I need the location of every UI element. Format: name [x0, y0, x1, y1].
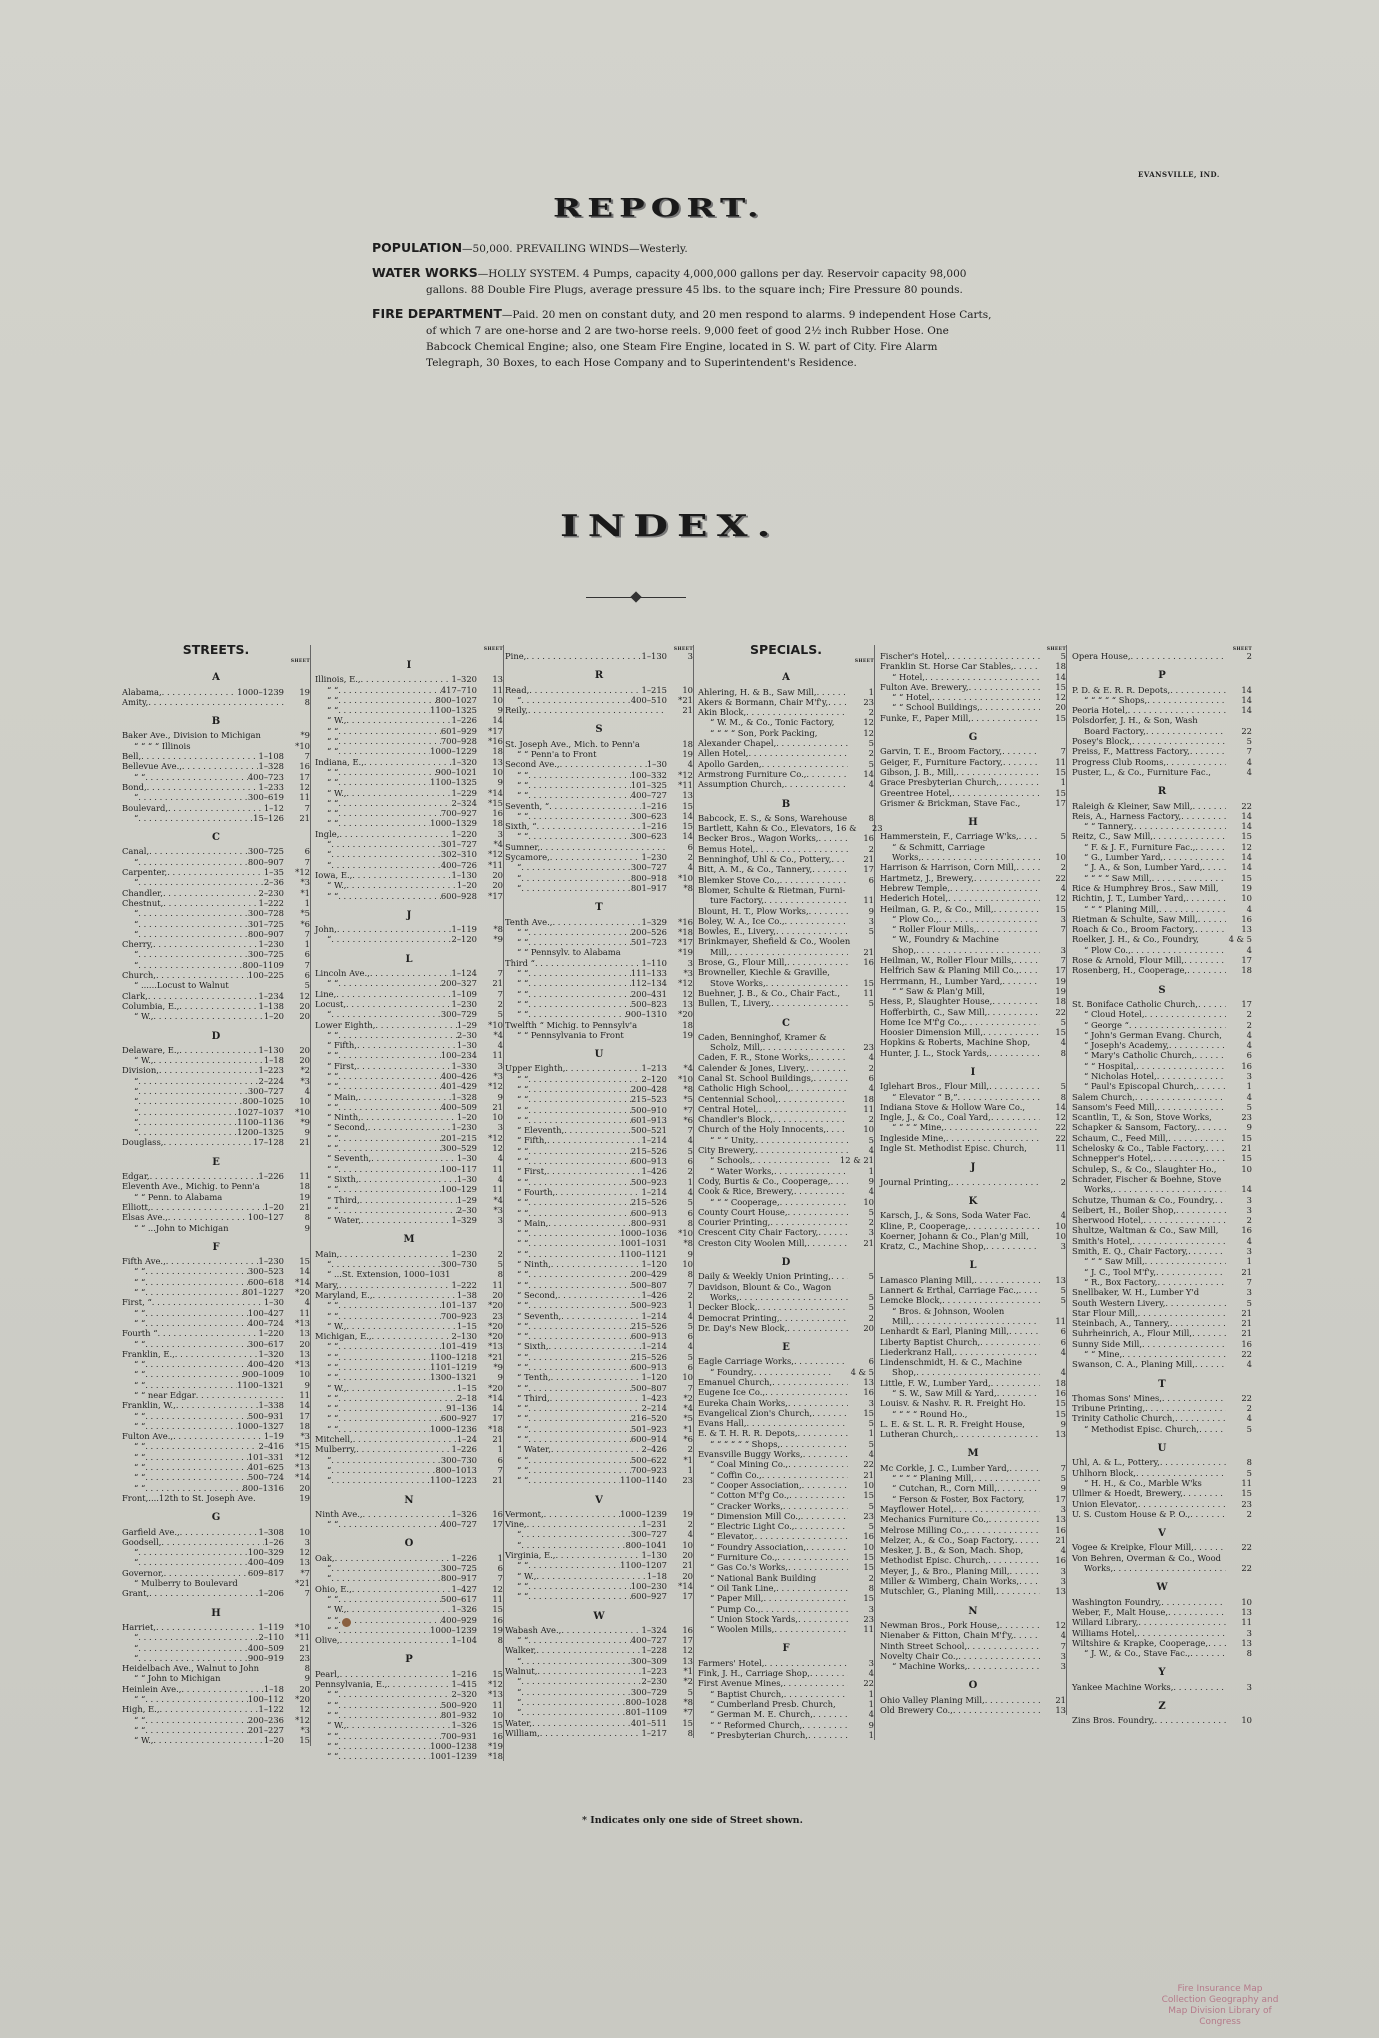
sheet-number: 5: [848, 1418, 874, 1428]
address-range: 101–331: [248, 1452, 284, 1462]
leader-dots: [528, 1115, 631, 1125]
index-entry: Koerner, Johann & Co., Plan'g Mill,10: [880, 1231, 1066, 1241]
address-range: 1–214: [641, 1187, 667, 1197]
sheet-number: *7: [667, 1707, 693, 1717]
entry-name: Mary,: [315, 1280, 339, 1290]
index-entry: “ Third,1–423*2: [505, 1393, 693, 1403]
index-entry: “ Foundry Association,10: [698, 1542, 874, 1552]
sheet-number: 13: [1040, 1275, 1066, 1285]
entry-name: Blomer, Schulte & Rietman, Furni-: [698, 885, 845, 895]
leader-dots: [360, 1195, 457, 1205]
sheet-number: 23: [848, 697, 874, 707]
index-entry: Harrison & Harrison, Corn Mill,2: [880, 862, 1066, 872]
sheet-number: 8: [1040, 1092, 1066, 1102]
leader-dots: [528, 927, 631, 937]
index-entry: Lamasco Planing Mill,13: [880, 1275, 1066, 1285]
index-entry: Garvin, T. E., Broom Factory,7: [880, 746, 1066, 756]
entry-name: “: [505, 862, 521, 872]
index-entry: Democrat Printing,2: [698, 1313, 874, 1323]
entry-name: “ “ “ “ Saw Mill,: [1072, 873, 1152, 883]
leader-dots: [739, 1292, 848, 1302]
index-entry: Delaware, E.,1–13020: [122, 1045, 310, 1055]
index-entry: “ “400–72317: [122, 772, 310, 782]
sheet-number: 10: [848, 1124, 874, 1134]
sheet-number: *19: [667, 947, 693, 957]
leader-dots: [1195, 924, 1226, 934]
entry-name: Sansom's Feed Mill,: [1072, 1102, 1157, 1112]
index-entry: Seventh, “1–21615: [505, 801, 693, 811]
leader-dots: [1155, 1715, 1227, 1725]
leader-dots: [338, 695, 435, 705]
entry-name: Wiltshire & Krapke, Cooperage,: [1072, 1638, 1208, 1648]
entry-name: “ Baptist Church,: [698, 1689, 784, 1699]
sheet-number: 19: [284, 687, 310, 697]
leader-dots: [331, 934, 451, 944]
sheet-number: 15: [477, 1720, 503, 1730]
index-entry: “ Furniture Co.,15: [698, 1552, 874, 1562]
address-range: 1–35: [264, 867, 284, 877]
sheet-number: 13: [1040, 1514, 1066, 1524]
entry-name: Uhl, A. & L., Pottery,: [1072, 1457, 1160, 1467]
entry-name: “: [505, 695, 521, 705]
address-range: 101–137: [441, 1300, 477, 1310]
leader-dots: [810, 1668, 848, 1678]
entry-name: “ “: [505, 1403, 528, 1413]
entry-name: “ “: [122, 772, 145, 782]
leader-dots: [346, 999, 451, 1009]
sheet-number: 3: [848, 916, 874, 926]
leader-dots: [138, 960, 242, 970]
sheet-number: 15: [667, 821, 693, 831]
sheet-number: 14: [284, 1266, 310, 1276]
entry-name: Melrose Milling Co.,: [880, 1525, 967, 1535]
leader-dots: [331, 1455, 441, 1465]
sheet-number: 20: [848, 1323, 874, 1333]
sheet-number: 14: [848, 769, 874, 779]
sheet-number: 11: [1040, 1143, 1066, 1153]
address-range: 1–18: [264, 1684, 284, 1694]
address-range: 501–923: [631, 1424, 667, 1434]
leader-dots: [828, 697, 848, 707]
index-title: INDEX.: [560, 508, 779, 543]
sheet-number: *8: [667, 1238, 693, 1248]
entry-name: “ “: [122, 1694, 145, 1704]
entry-name: “: [505, 1656, 521, 1666]
index-entry: Sumner,6: [505, 842, 693, 852]
leader-dots: [521, 1697, 625, 1707]
entry-name: Twelfth “ Michig. to Pennsylv'a: [505, 1020, 637, 1030]
index-entry: “ “91–13614: [315, 1403, 503, 1413]
index-entry: Bowles, E., Livery,5: [698, 926, 874, 936]
leader-dots: [528, 1321, 631, 1331]
entry-name: Yankee Machine Works,: [1072, 1682, 1173, 1692]
sheet-number: 12: [284, 991, 310, 1001]
entry-name: Lincoln Ave.,: [315, 968, 370, 978]
address-range: 1–231: [641, 1519, 667, 1529]
sheet-number: 7: [1226, 746, 1252, 756]
sheet-number: 21: [477, 1475, 503, 1485]
sheet-number: 13: [1040, 1429, 1066, 1439]
sheet-number: 3: [848, 1604, 874, 1614]
entry-name: “: [122, 877, 138, 887]
index-entry: “ “300–52314: [122, 1266, 310, 1276]
entry-name: Ahlering, H. & B., Saw Mill,: [698, 687, 817, 697]
sheet-number: 10: [848, 1480, 874, 1490]
index-entry: “1027–1037*10: [122, 1107, 310, 1117]
address-range: 300–725: [248, 846, 284, 856]
entry-name: Armstrong Furniture Co.,: [698, 769, 806, 779]
index-entry: Grismer & Brickman, Stave Fac.,17: [880, 798, 1066, 808]
address-range: 91–136: [446, 1403, 477, 1413]
entry-name: “ Mary's Catholic Church,: [1072, 1050, 1194, 1060]
leader-dots: [361, 1215, 452, 1225]
entry-name: Rose & Arnold, Flour Mill,: [1072, 955, 1184, 965]
entry-name: “ Dimension Mill Co.,: [698, 1511, 801, 1521]
leader-dots: [794, 1521, 848, 1531]
index-entry: “ Union Stock Yards,23: [698, 1614, 874, 1624]
address-range: 1000–1239: [237, 687, 284, 697]
entry-name: “ “: [122, 1380, 145, 1390]
specials-column-1: SPECIALS. SHEET AAhlering, H. & B., Saw …: [698, 645, 875, 1740]
leader-dots: [1003, 757, 1040, 767]
entry-name: Swanson, C. A., Planing Mill,: [1072, 1359, 1195, 1369]
leader-dots: [766, 978, 848, 988]
leader-dots: [528, 1300, 631, 1310]
sheet-number: 6: [667, 1156, 693, 1166]
sheet-number: 14: [477, 1403, 503, 1413]
index-entry: “ “215–5265: [505, 1352, 693, 1362]
address-range: 300–725: [248, 949, 284, 959]
leader-dots: [521, 1656, 631, 1666]
index-entry: “ Elevator “ B,”8: [880, 1092, 1066, 1102]
leader-dots: [801, 1511, 848, 1521]
index-entry: Ingleside Mine,22: [880, 1133, 1066, 1143]
leader-dots: [789, 1490, 848, 1500]
entry-name: “ “: [315, 1424, 338, 1434]
address-range: 1–233: [258, 782, 284, 792]
sheet-number: 4: [1226, 767, 1252, 777]
entry-name: Vogee & Kreipke, Flour Mill,: [1072, 1542, 1194, 1552]
entry-name: “ Fourth,: [505, 1187, 555, 1197]
sheet-number: 10: [1226, 893, 1252, 903]
entry-name: “ “: [122, 1359, 145, 1369]
entry-name: Fourth “: [122, 1328, 158, 1338]
sheet-number: 3: [848, 1227, 874, 1237]
index-entry: “ “600–9136: [505, 1362, 693, 1372]
sheet-number: 11: [848, 988, 874, 998]
address-range: 1–234: [258, 991, 284, 1001]
sheet-number: 4: [1040, 1367, 1066, 1377]
index-entry: Fink, J. H., Carriage Shop,4: [698, 1668, 874, 1678]
entry-name: “ “: [315, 1393, 338, 1403]
index-entry: “ Fifth,1–2144: [505, 1135, 693, 1145]
sheet-number: 3: [1226, 1287, 1252, 1297]
leader-dots: [549, 801, 641, 811]
entry-name: “ “ Pennsylv. to Alabama: [505, 947, 621, 957]
entry-name: Locust,: [315, 999, 346, 1009]
index-entry: “ Electric Light Co.,5: [698, 1521, 874, 1531]
leader-dots: [145, 1287, 242, 1297]
entry-name: “ “: [505, 1560, 528, 1570]
leader-dots: [1190, 1648, 1226, 1658]
address-range: 1–216: [641, 801, 667, 811]
leader-dots: [521, 1676, 641, 1686]
entry-name: Mutschler, G., Planing Mill,: [880, 1586, 996, 1596]
entry-name: Bowles, E., Livery,: [698, 926, 776, 936]
index-entry: Swanson, C. A., Planing Mill,4: [1072, 1359, 1252, 1369]
sheet-number: 13: [667, 790, 693, 800]
sheet-number: 12: [848, 728, 874, 738]
index-entry: Columbia, E.,1–13820: [122, 1001, 310, 1011]
entry-name: Hunter, J. L., Stock Yards,: [880, 1048, 989, 1058]
sheet-number: 4: [667, 1135, 693, 1145]
address-range: 801–1227: [243, 1287, 285, 1297]
index-entry: Alabama,1000–123919: [122, 687, 310, 697]
leader-dots: [1215, 1195, 1226, 1205]
sheet-number: 5: [1040, 1285, 1066, 1295]
entry-name: “ Machine Works,: [880, 1661, 967, 1671]
leader-dots: [168, 803, 264, 813]
address-range: 1–38: [457, 1290, 477, 1300]
entry-name: Rietman & Schulte, Saw Mill,: [1072, 914, 1198, 924]
index-entry: “ “801–1227*20: [122, 1287, 310, 1297]
sheet-number: 5: [1040, 651, 1066, 661]
sheet-number: *1: [667, 1424, 693, 1434]
index-entry: “ “215–523*5: [505, 1094, 693, 1104]
sheet-number: 6: [1226, 1050, 1252, 1060]
index-entry: Baker Ave., Division to Michigan*9: [122, 730, 310, 740]
fire-department-text: —Paid. 20 men on constant duty, and 20 m…: [426, 309, 991, 369]
sheet-number: 4: [1226, 1359, 1252, 1369]
index-entry: Star Flour Mill,21: [1072, 1308, 1252, 1318]
index-entry: “ Seventh,1–304: [315, 1153, 503, 1163]
index-entry: “ “2–18*14: [315, 1393, 503, 1403]
sheet-number: *4: [477, 839, 503, 849]
index-entry: Farmers' Hotel,3: [698, 1658, 874, 1668]
entry-name: “ “: [505, 1591, 528, 1601]
index-entry: “ “700–92323: [315, 1311, 503, 1321]
sheet-number: 21: [1226, 1308, 1252, 1318]
sheet-number: *16: [477, 736, 503, 746]
index-entry: “ “600–9136: [505, 1208, 693, 1218]
sheet-number: 21: [1040, 1695, 1066, 1705]
sheet-number: 4: [667, 759, 693, 769]
index-entry: Benninghof, Uhl & Co., Pottery,21: [698, 854, 874, 864]
index-entry: “ “500–8077: [505, 1280, 693, 1290]
entry-name: “ Ninth,: [315, 1112, 361, 1122]
leader-dots: [338, 798, 451, 808]
sheet-number: *10: [284, 1622, 310, 1632]
index-entry: “ Third,1–29*4: [315, 1195, 503, 1205]
index-entry: “400–50921: [122, 1643, 310, 1653]
leader-dots: [370, 968, 452, 978]
leader-dots: [528, 1269, 631, 1279]
address-range: 900–1021: [436, 767, 478, 777]
leader-dots: [338, 1164, 441, 1174]
leader-dots: [521, 695, 631, 705]
entry-name: “ Union Stock Yards,: [698, 1614, 798, 1624]
leader-dots: [338, 1352, 430, 1362]
leader-dots: [338, 1205, 457, 1215]
entry-name: Allen Hotel,: [698, 748, 748, 758]
address-range: 500–617: [441, 1594, 477, 1604]
index-entry: Home Ice M'f'g Co.,5: [880, 1017, 1066, 1027]
sheet-number: 5: [284, 980, 310, 990]
leader-dots: [1173, 1682, 1226, 1692]
sheet-number: 7: [667, 1125, 693, 1135]
sheet-number: 13: [1226, 1607, 1252, 1617]
entry-name: “ “: [505, 1156, 528, 1166]
index-entry: “ “801–93210: [315, 1710, 503, 1720]
leader-dots: [1002, 746, 1040, 756]
address-range: 17–128: [253, 1137, 284, 1147]
index-entry: Heidelbach Ave., Walnut to John8: [122, 1663, 310, 1673]
leader-dots: [331, 1259, 441, 1269]
entry-name: “ “: [315, 1311, 338, 1321]
leader-dots: [373, 1290, 457, 1300]
address-range: 1100–1136: [237, 1117, 284, 1127]
leader-dots: [540, 1728, 642, 1738]
index-entry: “ Machine Works,3: [880, 1661, 1066, 1671]
leader-dots: [528, 1280, 631, 1290]
sheet-number: 2: [667, 1444, 693, 1454]
index-entry: “ W., Foundry & Machine: [880, 934, 1066, 944]
index-entry: Armstrong Furniture Co.,14: [698, 769, 874, 779]
address-range: 300–730: [441, 1455, 477, 1465]
entry-name: “ Third,: [315, 1195, 360, 1205]
index-entry: Creston City Woolen Mill,21: [698, 1238, 874, 1248]
index-entry: Davidson, Blount & Co., Wagon: [698, 1282, 874, 1292]
entry-name: Star Flour Mill,: [1072, 1308, 1138, 1318]
sheet-number: 11: [284, 1171, 310, 1181]
leader-dots: [764, 1658, 848, 1668]
index-entry: Cody, Burtis & Co., Cooperage,9: [698, 1176, 874, 1186]
address-range: 1100–1325: [430, 777, 477, 787]
leader-dots: [1176, 1205, 1226, 1215]
entry-name: “ Paul's Episcopal Church,: [1072, 1081, 1196, 1091]
index-entry: “ Water Works,1: [698, 1166, 874, 1176]
address-range: 1100–1223: [430, 1475, 477, 1485]
entry-name: “ “: [315, 1184, 338, 1194]
entry-name: “ “: [505, 1105, 528, 1115]
address-range: 601–929: [441, 726, 477, 736]
index-entry: “ “100–11711: [315, 1164, 503, 1174]
leader-dots: [175, 1349, 259, 1359]
sheet-number: 15: [1040, 1398, 1066, 1408]
sheet-number: 3: [848, 1658, 874, 1668]
entry-name: Crescent City Chair Factory,: [698, 1227, 818, 1237]
sheet-number: 3: [667, 958, 693, 968]
entry-name: “ Seventh,: [505, 1311, 561, 1321]
sheet-number: 4: [1226, 1092, 1252, 1102]
entry-name: “ “ “ “ Planing Mill,: [880, 1473, 974, 1483]
index-entry: “2–120*9: [315, 934, 503, 944]
index-entry: Franklin, E.,1–32013: [122, 1349, 310, 1359]
leader-dots: [528, 770, 631, 780]
leader-dots: [1145, 1403, 1226, 1413]
index-entry: “ “215–5265: [505, 1321, 693, 1331]
leader-dots: [1145, 1256, 1226, 1266]
entry-name: “ “: [505, 1581, 528, 1591]
leader-dots: [808, 1730, 848, 1740]
entry-name: Union Elevator,: [1072, 1499, 1138, 1509]
sheet-number: *12: [667, 978, 693, 988]
sheet-number: 3: [1226, 1682, 1252, 1692]
address-range: 2–120: [641, 1074, 667, 1084]
index-entry: “ W.,1–15*20: [315, 1383, 503, 1393]
entry-name: “ “: [315, 1594, 338, 1604]
leader-dots: [784, 1689, 848, 1699]
index-entry: Weber, F., Malt House,13: [1072, 1607, 1252, 1617]
index-entry: Pine,1–1303: [505, 651, 693, 661]
sheet-number: [1040, 934, 1066, 944]
entry-name: “ “ “ Planing Mill,: [1072, 904, 1159, 914]
entry-name: “ “: [505, 770, 528, 780]
leader-dots: [988, 1555, 1040, 1565]
index-entry: “ Water,2–4262: [505, 1444, 693, 1454]
sheet-number: 19: [284, 1192, 310, 1202]
entry-name: Von Behren, Overman & Co., Wood: [1072, 1553, 1221, 1563]
leader-dots: [1168, 1607, 1226, 1617]
address-range: 1–329: [451, 1215, 477, 1225]
entry-name: “ “: [315, 1689, 338, 1699]
entry-name: “ “: [315, 1731, 338, 1741]
sheet-number: 18: [848, 1094, 874, 1104]
address-range: 1–326: [451, 1720, 477, 1730]
address-range: 1–30: [457, 1040, 477, 1050]
entry-name: Boulevard,: [122, 803, 168, 813]
leader-dots: [1138, 1617, 1226, 1627]
sheet-number: 16: [477, 1509, 503, 1519]
sheet-number: 9: [284, 1223, 310, 1233]
leader-dots: [528, 1228, 620, 1238]
sheet-number: 2: [848, 1573, 874, 1583]
leader-dots: [338, 1372, 430, 1382]
entry-name: “: [315, 839, 331, 849]
index-entry: “ Pump Co.,3: [698, 1604, 874, 1614]
address-range: 1–228: [641, 1645, 667, 1655]
entry-name: “: [122, 919, 138, 929]
entry-name: High, E.,: [122, 1704, 160, 1714]
address-range: 500–807: [631, 1280, 667, 1290]
leader-dots: [1019, 831, 1040, 841]
index-entry: Buehner, J. B., & Co., Chair Fact.,11: [698, 988, 874, 998]
entry-name: Hederich Hotel,: [880, 893, 948, 903]
entry-name: “: [505, 873, 521, 883]
sheet-number: 15: [848, 1408, 874, 1418]
sheet-number: 3: [477, 1215, 503, 1225]
entry-name: Franklin, W.,: [122, 1400, 176, 1410]
entry-name: Rosenberg, H., Cooperage,: [1072, 965, 1187, 975]
address-range: 1–119: [258, 1622, 284, 1632]
index-entry: “ Water,1–3293: [315, 1215, 503, 1225]
leader-dots: [528, 1424, 631, 1434]
leader-dots: [528, 1465, 631, 1475]
leader-dots: [163, 1137, 253, 1147]
index-entry: Works,14: [1072, 1184, 1252, 1194]
index-entry: Rietman & Schulte, Saw Mill,16: [1072, 914, 1252, 924]
entry-name: Lemcke Block,: [880, 1295, 942, 1305]
sheet-number: 14: [667, 811, 693, 821]
sheet-number: 11: [477, 1594, 503, 1604]
index-entry: Works,5: [698, 1292, 874, 1302]
index-entry: Lenhardt & Earl, Planing Mill,6: [880, 1326, 1066, 1336]
index-entry: “ “101–137*20: [315, 1300, 503, 1310]
address-range: 1–427: [451, 1584, 477, 1594]
sheet-number: [848, 1032, 874, 1042]
entry-name: Mill,: [880, 1316, 911, 1326]
water-works-label: WATER WORKS: [372, 265, 478, 280]
